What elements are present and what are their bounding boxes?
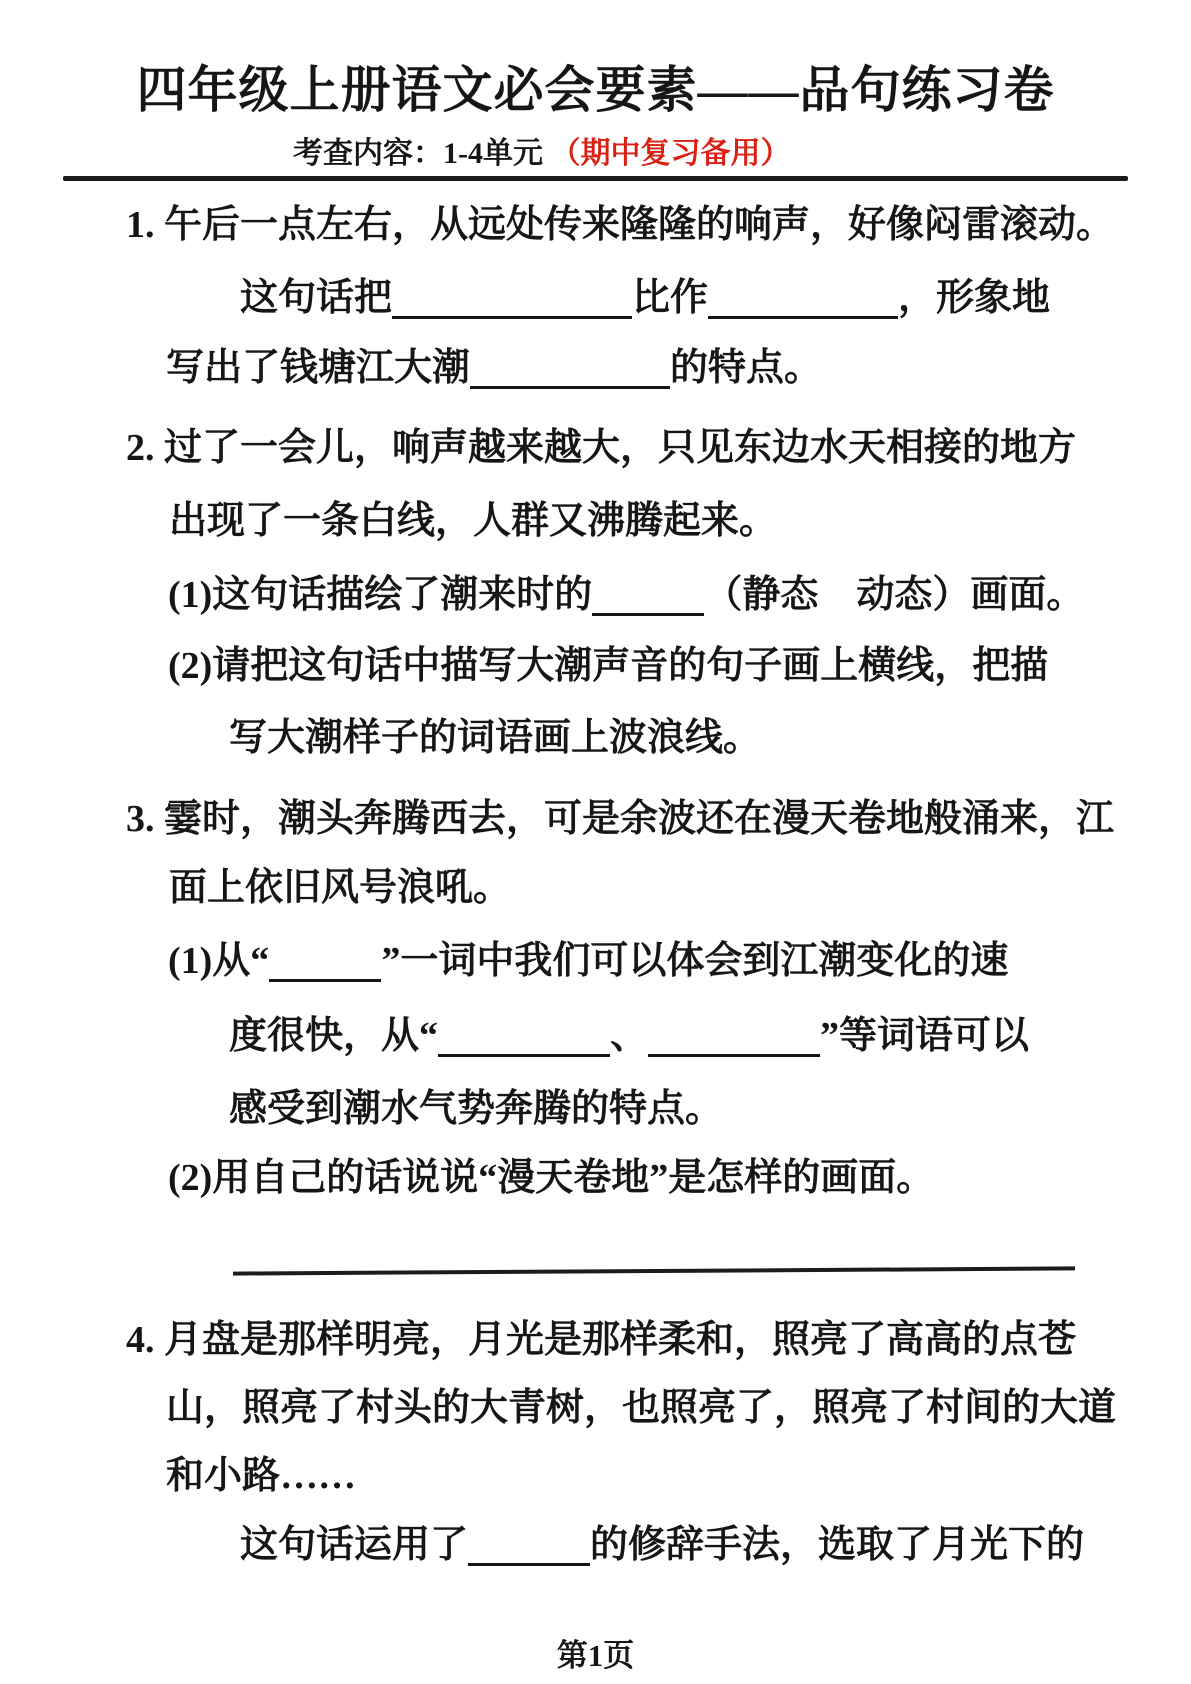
q2-sub2-line-1: (2)请把这句话中描写大潮声音的句子画上横线，把描 <box>168 643 1048 689</box>
page-title: 四年级上册语文必会要素——品句练习卷 <box>0 50 1191 122</box>
q1-fill-line-2: 写出了钱塘江大潮的特点。 <box>166 345 822 391</box>
q4-sentence-line-1: 4. 月盘是那样明亮，月光是那样柔和，照亮了高高的点苍 <box>126 1317 1076 1363</box>
fill-blank <box>648 1054 820 1057</box>
q1-fill2-text-b: 的特点。 <box>670 347 822 389</box>
q1-fill-line-1: 这句话把比作，形象地 <box>240 275 1050 321</box>
q3-sub1-l1-text-b: ”一词中我们可以体会到江潮变化的速 <box>381 940 1008 982</box>
header-divider <box>63 176 1128 181</box>
fill-blank <box>392 316 632 319</box>
answer-writing-line <box>233 1266 1075 1275</box>
subtitle: 考查内容：1-4单元 （期中复习备用） <box>293 128 791 172</box>
q3-sub1-l1-text-a: (1)从“ <box>168 940 269 982</box>
fill-blank <box>468 1563 590 1566</box>
q4-fill-line: 这句话运用了的修辞手法，选取了月光下的 <box>240 1522 1084 1568</box>
q4-fill-text-a: 这句话运用了 <box>240 1524 468 1566</box>
fill-blank <box>592 613 704 616</box>
subtitle-note-red: （期中复习备用） <box>551 137 791 170</box>
q2-sub2-line-2: 写大潮样子的词语画上波浪线。 <box>229 715 761 761</box>
q2-sub1-text-b: （静态 动态）画面。 <box>704 574 1084 616</box>
q2-sentence-line-2: 出现了一条白线，人群又沸腾起来。 <box>169 498 777 544</box>
page-number: 第1页 <box>0 1630 1191 1675</box>
q2-sub1-text-a: (1)这句话描绘了潮来时的 <box>168 574 592 616</box>
subtitle-prefix: 考查内容：1-4单元 <box>293 137 543 170</box>
fill-blank <box>269 979 381 982</box>
q3-sentence-line-1: 3. 霎时，潮头奔腾西去，可是余波还在漫天卷地般涌来，江 <box>126 796 1114 842</box>
q3-sub1-l2-text-c: ”等词语可以 <box>820 1015 1029 1057</box>
fill-blank <box>708 316 898 319</box>
q3-sentence-line-2: 面上依旧风号浪吼。 <box>169 865 511 911</box>
q3-sub1-l2-text-a: 度很快，从“ <box>229 1015 438 1057</box>
q3-sub1-l2-text-b: 、 <box>610 1015 648 1057</box>
q1-sentence: 1. 午后一点左右，从远处传来隆隆的响声，好像闷雷滚动。 <box>126 202 1114 248</box>
q3-sub1-line-2: 度很快，从“、”等词语可以 <box>229 1013 1029 1059</box>
q1-fill1-text-a: 这句话把 <box>240 277 392 319</box>
fill-blank <box>470 386 670 389</box>
q1-fill1-text-c: ，形象地 <box>898 277 1050 319</box>
q3-sub2: (2)用自己的话说说“漫天卷地”是怎样的画面。 <box>168 1155 934 1201</box>
fill-blank <box>438 1054 610 1057</box>
q2-sentence-line-1: 2. 过了一会儿，响声越来越大，只见东边水天相接的地方 <box>126 425 1076 471</box>
q4-fill-text-b: 的修辞手法，选取了月光下的 <box>590 1524 1084 1566</box>
q1-fill2-text-a: 写出了钱塘江大潮 <box>166 347 470 389</box>
q4-sentence-line-3: 和小路…… <box>166 1453 356 1499</box>
q2-sub1: (1)这句话描绘了潮来时的（静态 动态）画面。 <box>168 572 1084 618</box>
q1-fill1-text-b: 比作 <box>632 277 708 319</box>
q3-sub1-line-3: 感受到潮水气势奔腾的特点。 <box>229 1086 723 1132</box>
q3-sub1-line-1: (1)从“”一词中我们可以体会到江潮变化的速 <box>168 938 1008 984</box>
worksheet-page: 四年级上册语文必会要素——品句练习卷 考查内容：1-4单元 （期中复习备用） 1… <box>0 0 1191 1684</box>
q4-sentence-line-2: 山，照亮了村头的大青树，也照亮了，照亮了村间的大道 <box>166 1385 1116 1431</box>
